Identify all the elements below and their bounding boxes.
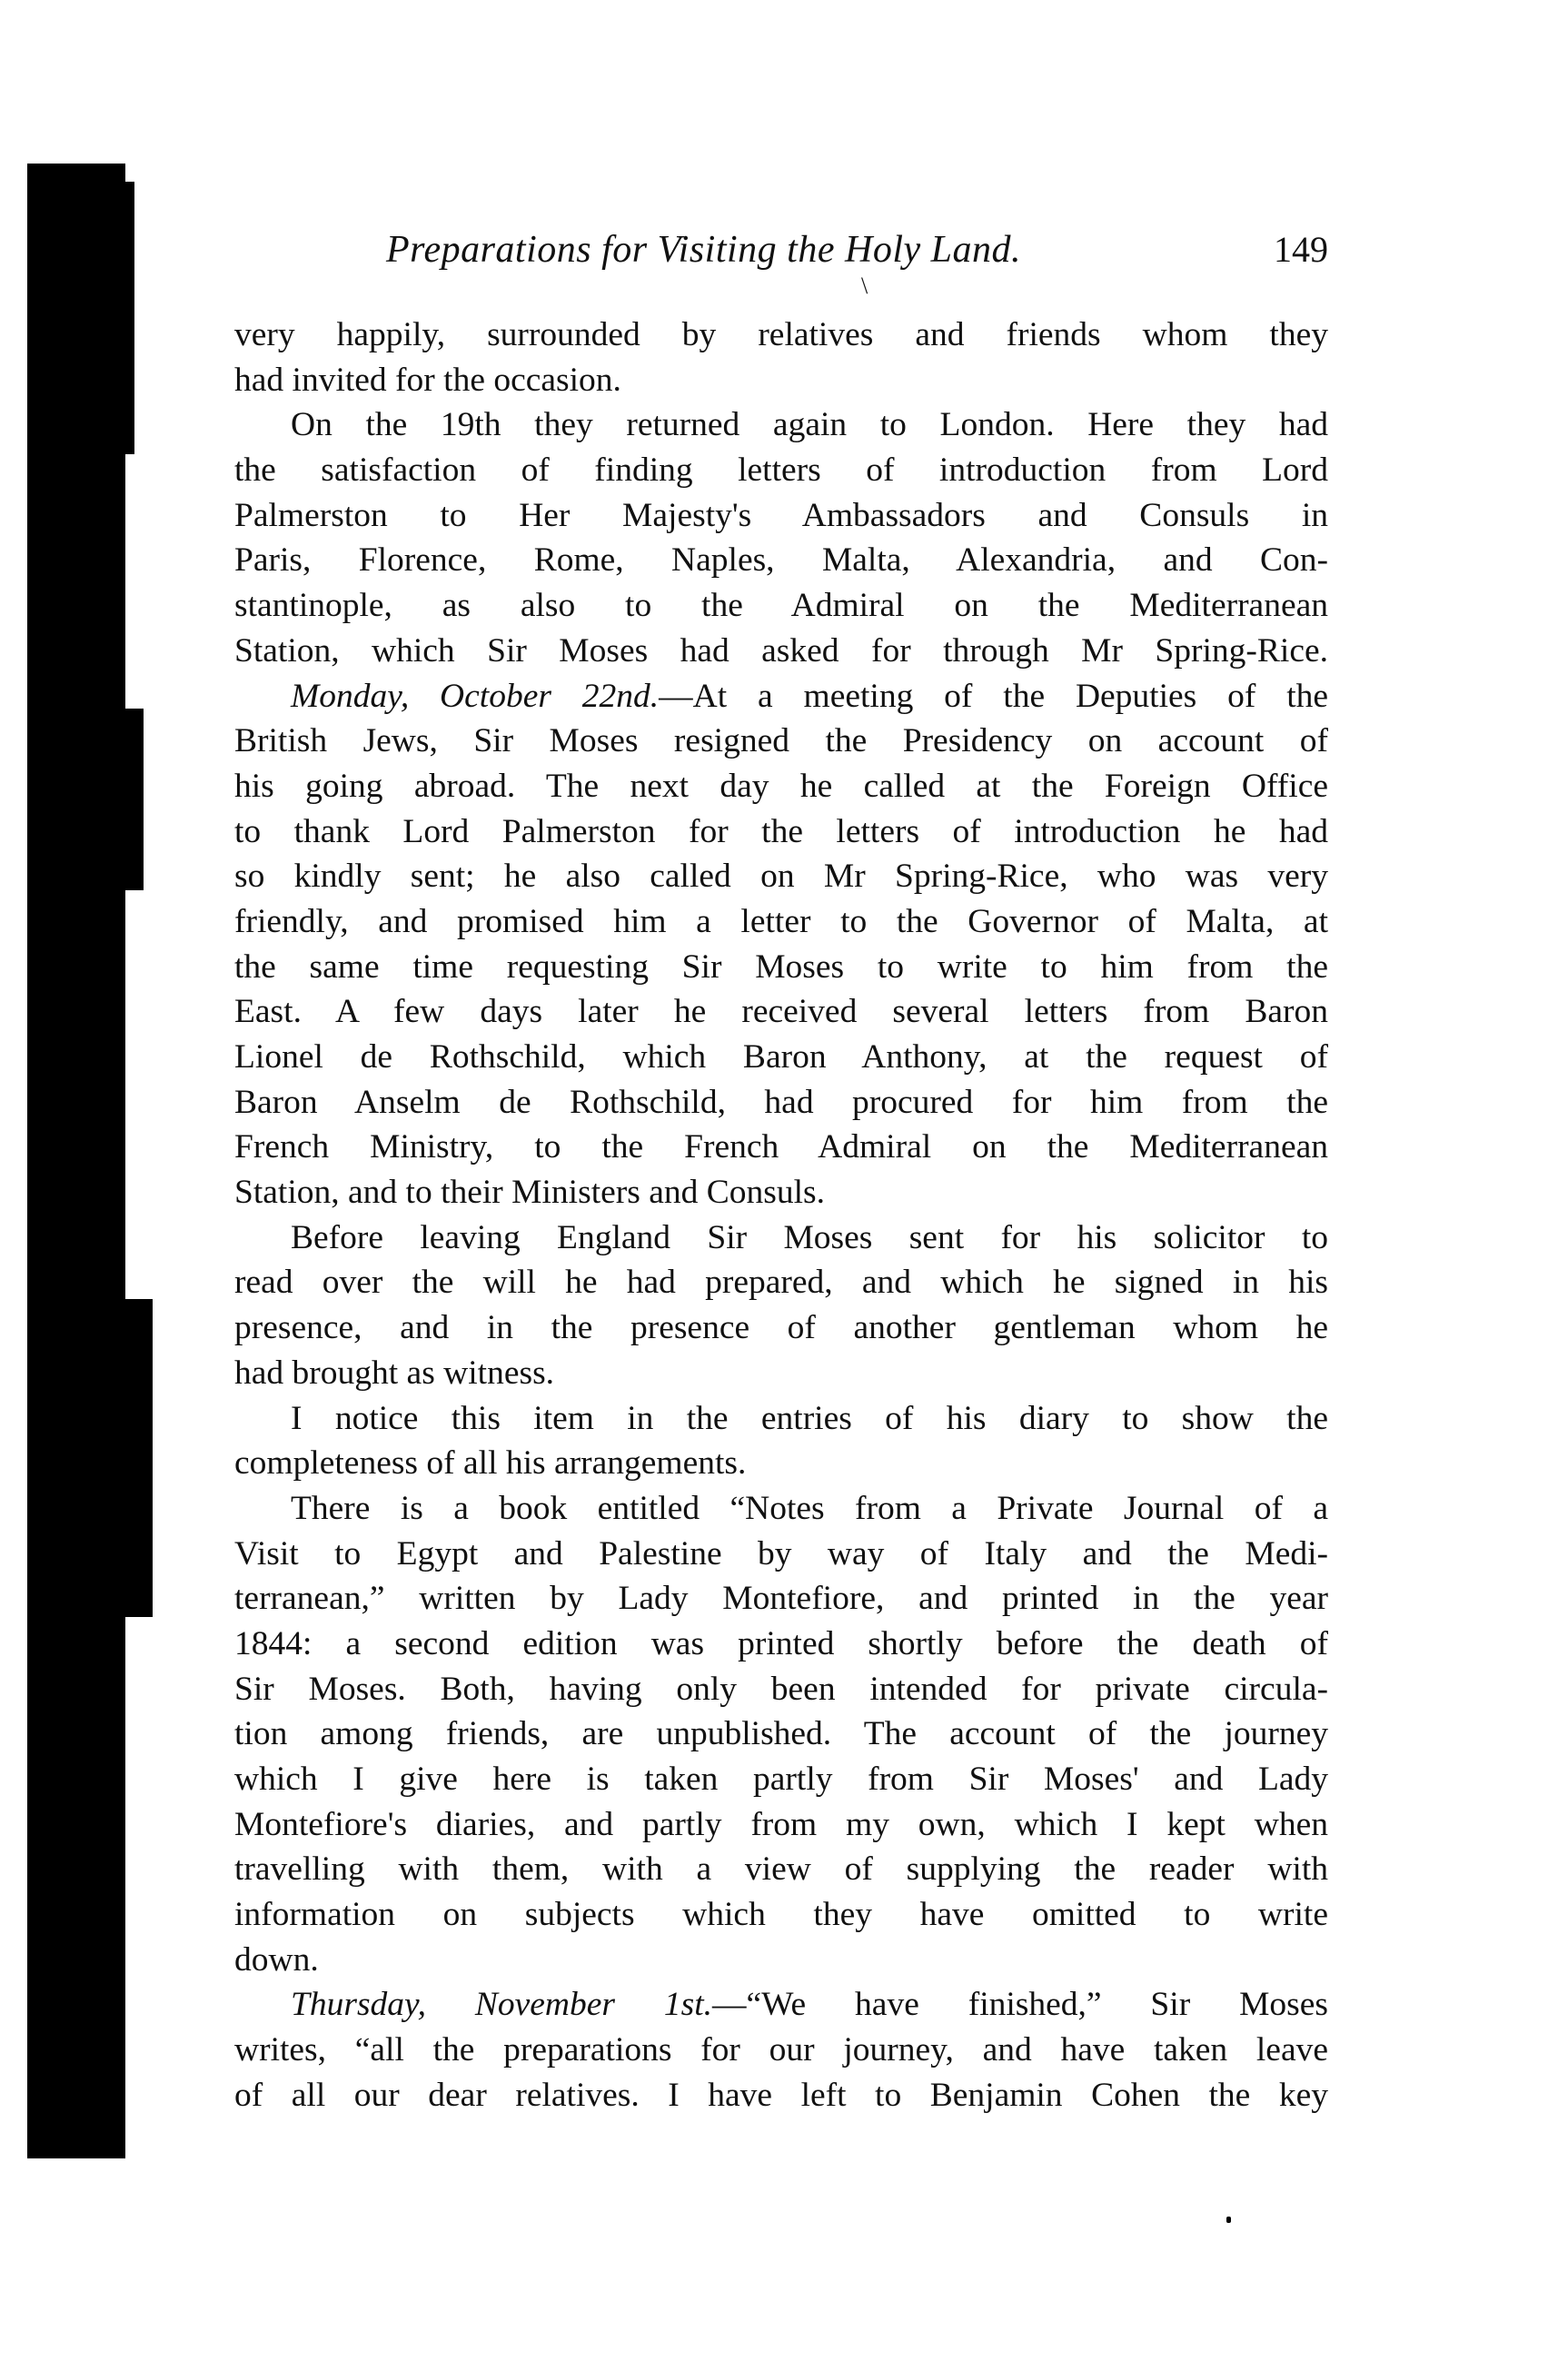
- text-line: read over the will he had prepared, and …: [234, 1260, 1328, 1305]
- text-line: information on subjects which they have …: [234, 1892, 1328, 1938]
- line-text: Before leaving England Sir Moses sent fo…: [291, 1219, 1328, 1256]
- text-line: Station, which Sir Moses had asked for t…: [234, 629, 1328, 674]
- line-text: tion among friends, are unpublished. The…: [234, 1715, 1328, 1752]
- scan-edge-notch: [118, 709, 144, 890]
- line-text: Sir Moses. Both, having only been intend…: [234, 1671, 1328, 1708]
- text-line: Lionel de Rothschild, which Baron Anthon…: [234, 1035, 1328, 1080]
- body-text: very happily, surrounded by relatives an…: [234, 312, 1328, 2118]
- line-text: 1844: a second edition was printed short…: [234, 1625, 1328, 1662]
- line-text: Montefiore's diaries, and partly from my…: [234, 1806, 1328, 1843]
- line-text: his going abroad. The next day he called…: [234, 768, 1328, 805]
- text-line: stantinople, as also to the Admiral on t…: [234, 583, 1328, 629]
- text-line: friendly, and promised him a letter to t…: [234, 899, 1328, 945]
- line-text: writes, “all the preparations for our jo…: [234, 2031, 1328, 2068]
- line-text: had brought as witness.: [234, 1354, 554, 1392]
- line-text: East. A few days later he received sever…: [234, 993, 1328, 1030]
- line-text: travelling with them, with a view of sup…: [234, 1850, 1328, 1888]
- text-line: East. A few days later he received sever…: [234, 989, 1328, 1035]
- text-line: terranean,” written by Lady Montefiore, …: [234, 1576, 1328, 1622]
- page-number: 149: [1274, 227, 1328, 273]
- line-text: so kindly sent; he also called on Mr Spr…: [234, 858, 1328, 895]
- line-text: presence, and in the presence of another…: [234, 1309, 1328, 1346]
- text-line: On the 19th they returned again to Londo…: [234, 402, 1328, 448]
- running-title: Preparations for Visiting the Holy Land.: [386, 227, 1021, 273]
- line-text: French Ministry, to the French Admiral o…: [234, 1128, 1328, 1166]
- text-line: Before leaving England Sir Moses sent fo…: [234, 1215, 1328, 1261]
- line-text: Station, which Sir Moses had asked for t…: [234, 632, 1328, 670]
- stray-dot: [1226, 2217, 1231, 2223]
- text-line: Palmerston to Her Majesty's Ambassadors …: [234, 493, 1328, 539]
- line-text: stantinople, as also to the Admiral on t…: [234, 587, 1328, 624]
- line-text: information on subjects which they have …: [234, 1896, 1328, 1933]
- line-text: British Jews, Sir Moses resigned the Pre…: [234, 722, 1328, 759]
- line-text: On the 19th they returned again to Londo…: [291, 406, 1328, 443]
- text-line: presence, and in the presence of another…: [234, 1305, 1328, 1351]
- text-line: I notice this item in the entries of his…: [234, 1396, 1328, 1442]
- text-line: French Ministry, to the French Admiral o…: [234, 1125, 1328, 1170]
- text-line: the satisfaction of finding letters of i…: [234, 448, 1328, 493]
- text-line: British Jews, Sir Moses resigned the Pre…: [234, 719, 1328, 764]
- line-text: to thank Lord Palmerston for the letters…: [234, 813, 1328, 850]
- line-text: Paris, Florence, Rome, Naples, Malta, Al…: [234, 541, 1328, 579]
- text-line: down.: [234, 1938, 1328, 1983]
- stray-mark: \: [861, 274, 868, 298]
- line-text: Palmerston to Her Majesty's Ambassadors …: [234, 497, 1328, 534]
- text-line: had invited for the occasion.: [234, 358, 1328, 403]
- line-text: read over the will he had prepared, and …: [234, 1264, 1328, 1301]
- text-line: tion among friends, are unpublished. The…: [234, 1711, 1328, 1757]
- line-text: —“We have finished,” Sir Moses: [712, 1986, 1328, 2023]
- line-text: Visit to Egypt and Palestine by way of I…: [234, 1535, 1328, 1572]
- line-text: which I give here is taken partly from S…: [234, 1761, 1328, 1798]
- line-text: Lionel de Rothschild, which Baron Anthon…: [234, 1038, 1328, 1076]
- line-text: the same time requesting Sir Moses to wr…: [234, 948, 1328, 986]
- text-line: Station, and to their Ministers and Cons…: [234, 1170, 1328, 1215]
- text-line: the same time requesting Sir Moses to wr…: [234, 945, 1328, 990]
- line-text: Station, and to their Ministers and Cons…: [234, 1174, 825, 1211]
- date-heading: Monday, October 22nd.: [291, 678, 659, 715]
- text-line: writes, “all the preparations for our jo…: [234, 2028, 1328, 2073]
- date-heading: Thursday, November 1st.: [291, 1986, 712, 2023]
- text-line: his going abroad. The next day he called…: [234, 764, 1328, 809]
- scan-edge-notch: [118, 182, 134, 454]
- text-line: Visit to Egypt and Palestine by way of I…: [234, 1532, 1328, 1577]
- line-text: had invited for the occasion.: [234, 362, 621, 399]
- scan-edge-notch: [118, 1299, 153, 1617]
- line-text: down.: [234, 1941, 319, 1979]
- text-line: Thursday, November 1st.—“We have finishe…: [234, 1982, 1328, 2028]
- text-line: There is a book entitled “Notes from a P…: [234, 1486, 1328, 1532]
- text-line: so kindly sent; he also called on Mr Spr…: [234, 854, 1328, 899]
- line-text: terranean,” written by Lady Montefiore, …: [234, 1580, 1328, 1617]
- text-line: Sir Moses. Both, having only been intend…: [234, 1667, 1328, 1712]
- line-text: the satisfaction of finding letters of i…: [234, 451, 1328, 489]
- text-line: 1844: a second edition was printed short…: [234, 1622, 1328, 1667]
- text-line: Montefiore's diaries, and partly from my…: [234, 1802, 1328, 1848]
- scan-edge-shadow: [27, 164, 125, 2158]
- line-text: very happily, surrounded by relatives an…: [234, 316, 1328, 353]
- line-text: Baron Anselm de Rothschild, had procured…: [234, 1084, 1328, 1121]
- line-text: of all our dear relatives. I have left t…: [234, 2077, 1328, 2114]
- text-line: of all our dear relatives. I have left t…: [234, 2073, 1328, 2118]
- text-line: had brought as witness.: [234, 1351, 1328, 1396]
- line-text: There is a book entitled “Notes from a P…: [291, 1490, 1328, 1527]
- line-text: I notice this item in the entries of his…: [291, 1400, 1328, 1437]
- line-text: completeness of all his arrangements.: [234, 1444, 746, 1482]
- line-text: —At a meeting of the Deputies of the: [659, 678, 1328, 715]
- text-line: which I give here is taken partly from S…: [234, 1757, 1328, 1802]
- text-line: Paris, Florence, Rome, Naples, Malta, Al…: [234, 538, 1328, 583]
- line-text: friendly, and promised him a letter to t…: [234, 903, 1328, 940]
- text-line: very happily, surrounded by relatives an…: [234, 312, 1328, 358]
- text-line: Monday, October 22nd.—At a meeting of th…: [234, 674, 1328, 719]
- running-head: Preparations for Visiting the Holy Land.…: [363, 227, 1328, 273]
- text-line: travelling with them, with a view of sup…: [234, 1847, 1328, 1892]
- text-line: Baron Anselm de Rothschild, had procured…: [234, 1080, 1328, 1126]
- text-line: to thank Lord Palmerston for the letters…: [234, 809, 1328, 855]
- text-line: completeness of all his arrangements.: [234, 1441, 1328, 1486]
